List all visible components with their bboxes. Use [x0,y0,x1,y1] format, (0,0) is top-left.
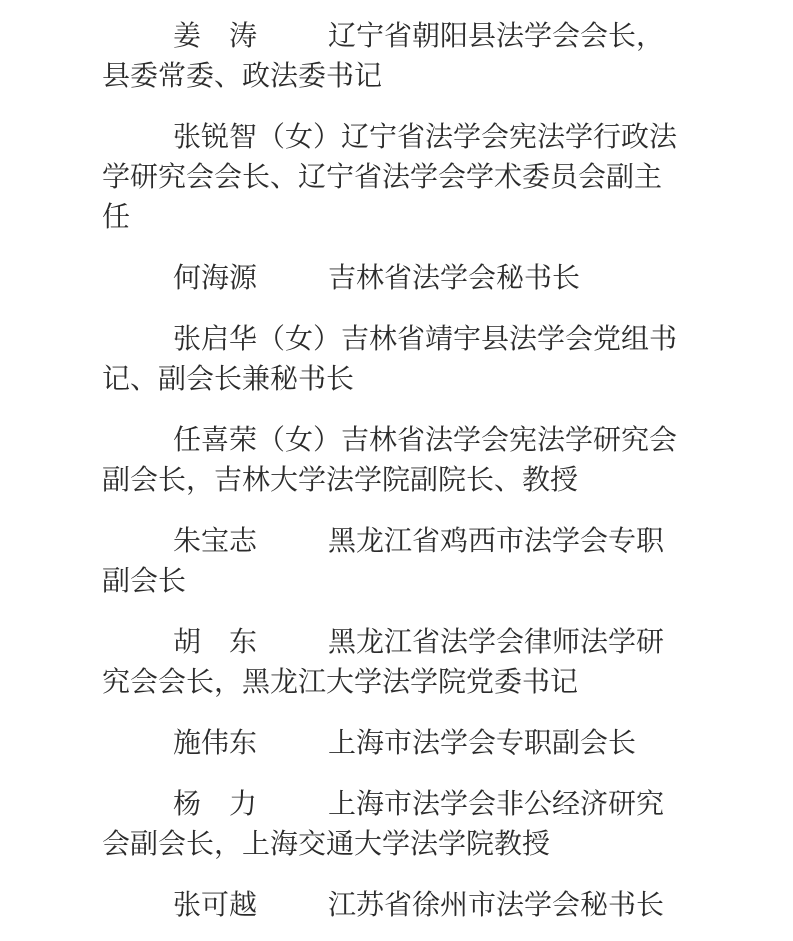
member-name-field: 张锐智（女） [173,118,341,158]
member-name-field: 胡 东 [173,623,328,663]
member-name: 任喜荣 [173,425,257,456]
entry-first-line: 朱宝志黑龙江省鸡西市法学会专职 [102,522,773,562]
entry-first-line: 张启华（女）吉林省靖宇县法学会党组书 [102,320,773,360]
member-title-line: 吉林省法学会宪法学研究会 [341,425,677,456]
paragraph-indent [102,549,173,550]
entry-first-line: 张锐智（女）辽宁省法学会宪法学行政法 [102,118,773,158]
member-entry: 何海源吉林省法学会秘书长 [102,259,773,299]
member-name: 朱宝志 [173,526,257,557]
member-name-field: 张可越 [173,886,328,926]
member-title-line: 究会会长，黑龙江大学法学院党委书记 [102,663,773,703]
paragraph-indent [102,751,173,752]
member-entry: 任喜荣（女）吉林省法学会宪法学研究会副会长，吉林大学法学院副院长、教授 [102,421,773,501]
member-entry: 朱宝志黑龙江省鸡西市法学会专职副会长 [102,522,773,602]
member-entry: 张锐智（女）辽宁省法学会宪法学行政法学研究会会长、辽宁省法学会学术委员会副主任 [102,118,773,238]
member-name-field: 任喜荣（女） [173,421,341,461]
member-name-field: 杨 力 [173,785,328,825]
member-title-line: 任 [102,198,773,238]
member-name: 姜 涛 [173,21,257,52]
member-name: 张可越 [173,890,257,921]
paragraph-indent [102,448,173,449]
gender-marker: （女） [257,324,341,355]
member-title-line: 辽宁省朝阳县法学会会长， [328,21,664,52]
gender-marker: （女） [257,425,341,456]
entry-first-line: 姜 涛辽宁省朝阳县法学会会长， [102,17,773,57]
member-name-field: 施伟东 [173,724,328,764]
member-title-line: 会副会长，上海交通大学法学院教授 [102,825,773,865]
member-title-line: 副会长，吉林大学法学院副院长、教授 [102,461,773,501]
member-title-line: 江苏省徐州市法学会秘书长 [328,890,664,921]
entry-first-line: 胡 东黑龙江省法学会律师法学研 [102,623,773,663]
member-title-line: 上海市法学会专职副会长 [328,728,636,759]
member-title-line: 黑龙江省鸡西市法学会专职 [328,526,664,557]
member-name: 施伟东 [173,728,257,759]
member-name: 胡 东 [173,627,257,658]
member-title-line: 记、副会长兼秘书长 [102,360,773,400]
member-title-line: 辽宁省法学会宪法学行政法 [341,122,677,153]
paragraph-indent [102,44,173,45]
member-name: 张启华 [173,324,257,355]
member-name: 何海源 [173,263,257,294]
entry-first-line: 施伟东上海市法学会专职副会长 [102,724,773,764]
member-entry: 张可越江苏省徐州市法学会秘书长 [102,886,773,926]
member-title-line: 县委常委、政法委书记 [102,57,773,97]
member-name: 张锐智 [173,122,257,153]
gender-marker: （女） [257,122,341,153]
member-title-line: 上海市法学会非公经济研究 [328,789,664,820]
paragraph-indent [102,286,173,287]
member-entry: 杨 力上海市法学会非公经济研究会副会长，上海交通大学法学院教授 [102,785,773,865]
document-page: 姜 涛辽宁省朝阳县法学会会长，县委常委、政法委书记张锐智（女）辽宁省法学会宪法学… [0,0,793,926]
member-name-field: 朱宝志 [173,522,328,562]
entry-first-line: 何海源吉林省法学会秘书长 [102,259,773,299]
member-title-line: 副会长 [102,562,773,602]
member-name-field: 张启华（女） [173,320,341,360]
member-title-line: 吉林省靖宇县法学会党组书 [341,324,677,355]
member-entry: 姜 涛辽宁省朝阳县法学会会长，县委常委、政法委书记 [102,17,773,97]
paragraph-indent [102,347,173,348]
paragraph-indent [102,812,173,813]
member-entry: 施伟东上海市法学会专职副会长 [102,724,773,764]
paragraph-indent [102,650,173,651]
member-title-line: 学研究会会长、辽宁省法学会学术委员会副主 [102,158,773,198]
paragraph-indent [102,913,173,914]
entry-first-line: 杨 力上海市法学会非公经济研究 [102,785,773,825]
member-title-line: 黑龙江省法学会律师法学研 [328,627,664,658]
entry-first-line: 张可越江苏省徐州市法学会秘书长 [102,886,773,926]
paragraph-indent [102,145,173,146]
member-entry: 胡 东黑龙江省法学会律师法学研究会会长，黑龙江大学法学院党委书记 [102,623,773,703]
member-name-field: 姜 涛 [173,17,328,57]
member-name: 杨 力 [173,789,257,820]
member-entry: 张启华（女）吉林省靖宇县法学会党组书记、副会长兼秘书长 [102,320,773,400]
member-name-field: 何海源 [173,259,328,299]
entry-first-line: 任喜荣（女）吉林省法学会宪法学研究会 [102,421,773,461]
member-title-line: 吉林省法学会秘书长 [328,263,580,294]
